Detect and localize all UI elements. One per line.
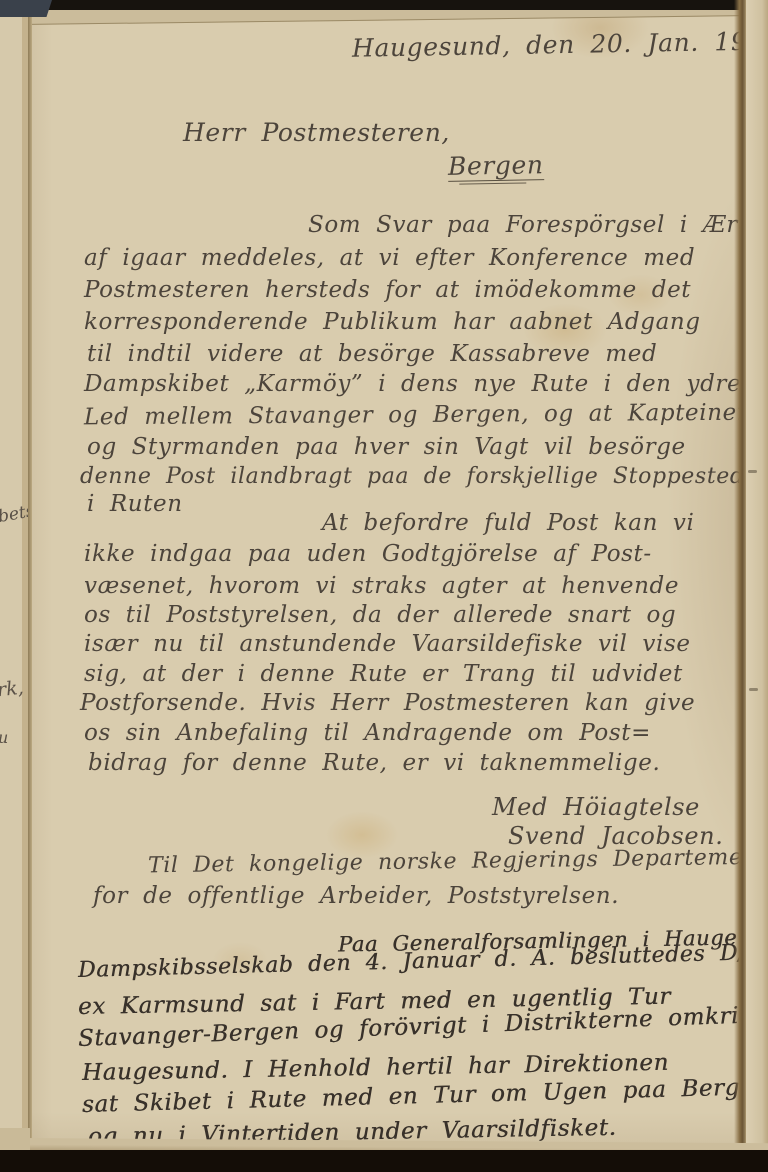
book-binding-top bbox=[0, 0, 768, 10]
body-line: bidrag for denne Rute, er vi taknemmelig… bbox=[88, 752, 660, 775]
body-line: til indtil videre at besörge Kassabreve … bbox=[87, 343, 657, 366]
body-line: os til Poststyrelsen, da der allerede sn… bbox=[84, 604, 676, 627]
scanned-letter-photo: Haugesund, den 20. Jan. 1905 Herr Postme… bbox=[0, 0, 768, 1172]
signature: Svend Jacobsen. bbox=[508, 824, 723, 848]
body-line: sig, at der i denne Rute er Trang til ud… bbox=[84, 663, 683, 686]
body-line: væsenet, hvorom vi straks agter at henve… bbox=[84, 575, 679, 598]
binding-corner-cloth bbox=[0, 0, 52, 17]
recipient-city-text: Bergen bbox=[448, 152, 544, 182]
salutation: Herr Postmesteren, bbox=[183, 120, 450, 145]
addressee-line: Til Det kongelige norske Regjerings Depa… bbox=[148, 847, 767, 878]
bleed-text-fragment: rk, bbox=[0, 677, 25, 702]
body-line: især nu til anstundende Vaarsildefiske v… bbox=[84, 633, 691, 656]
body-line: af igaar meddeles, at vi efter Konferenc… bbox=[84, 247, 695, 270]
body-line: At befordre fuld Post kan vi bbox=[322, 512, 694, 535]
next-page-edge bbox=[745, 0, 768, 1172]
body-line: i Ruten bbox=[87, 493, 183, 516]
body-line: os sin Anbefaling til Andragende om Post… bbox=[84, 722, 651, 745]
book-binding-bottom bbox=[0, 1150, 768, 1172]
body-line: Postforsende. Hvis Herr Postmesteren kan… bbox=[80, 692, 695, 715]
edge-ink-mark bbox=[749, 688, 758, 691]
body-line: Led mellem Stavanger og Bergen, og at Ka… bbox=[84, 402, 752, 430]
body-line: denne Post ilandbragt paa de forskjellig… bbox=[80, 466, 768, 488]
addressee-line: for de offentlige Arbeider, Poststyrelse… bbox=[93, 885, 619, 908]
page-crease-left bbox=[28, 6, 32, 1146]
bleed-text-fragment: u bbox=[0, 728, 8, 747]
edge-ink-mark bbox=[748, 470, 757, 473]
body-line: Postmesteren hersteds for at imödekomme … bbox=[84, 279, 691, 302]
body-line: Som Svar paa Forespörgsel i Ærede bbox=[308, 214, 768, 237]
body-line: Dampskibet „Karmöy” i dens nye Rute i de… bbox=[84, 373, 741, 396]
bleed-text-fragment: bets bbox=[0, 501, 29, 527]
body-line: og Styrmanden paa hver sin Vagt vil besö… bbox=[87, 436, 686, 459]
previous-page-edge: bets rk, u bbox=[0, 6, 29, 1134]
valediction: Med Höiagtelse bbox=[492, 795, 700, 819]
letter-page: Haugesund, den 20. Jan. 1905 Herr Postme… bbox=[0, 0, 768, 1172]
recipient-city: Bergen bbox=[448, 152, 544, 182]
body-line: ikke indgaa paa uden Godtgjörelse af Pos… bbox=[84, 543, 652, 566]
dateline: Haugesund, den 20. Jan. 1905 bbox=[352, 28, 768, 60]
body-line: korresponderende Publikum har aabnet Adg… bbox=[84, 311, 701, 334]
